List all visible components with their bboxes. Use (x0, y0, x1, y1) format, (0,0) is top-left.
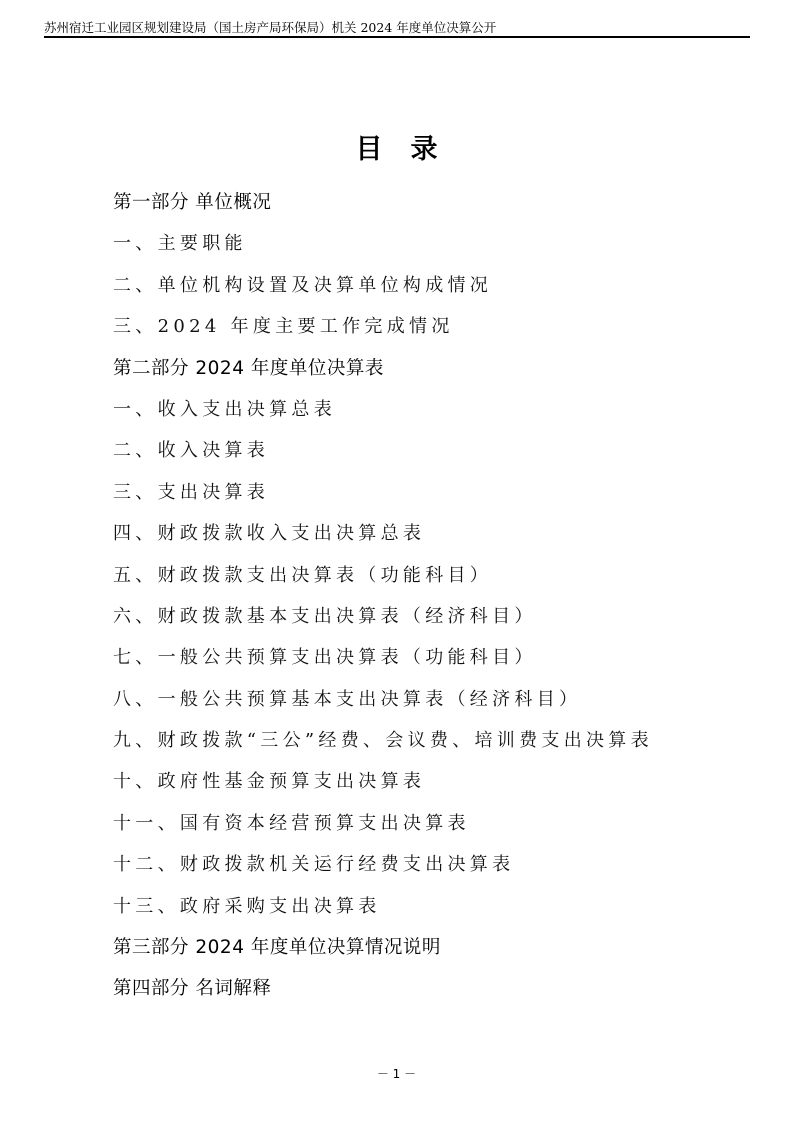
toc-item[interactable]: 五、财政拨款支出决算表（功能科目） (113, 561, 653, 602)
toc-item[interactable]: 一、主要职能 (113, 229, 653, 270)
toc-item[interactable]: 十一、国有资本经营预算支出决算表 (113, 809, 653, 850)
header-rule (44, 36, 750, 38)
table-of-contents: 第一部分 单位概况 一、主要职能 二、单位机构设置及决算单位构成情况 三、202… (113, 188, 653, 1016)
toc-part[interactable]: 第一部分 单位概况 (113, 188, 653, 229)
toc-item[interactable]: 一、收入支出决算总表 (113, 395, 653, 436)
page-header: 苏州宿迁工业园区规划建设局（国土房产局环保局）机关 2024 年度单位决算公开 (44, 14, 750, 38)
toc-item[interactable]: 二、单位机构设置及决算单位构成情况 (113, 271, 653, 312)
toc-part[interactable]: 第三部分 2024 年度单位决算情况说明 (113, 933, 653, 974)
toc-item[interactable]: 十二、财政拨款机关运行经费支出决算表 (113, 850, 653, 891)
toc-item[interactable]: 六、财政拨款基本支出决算表（经济科目） (113, 602, 653, 643)
toc-item[interactable]: 九、财政拨款“三公”经费、会议费、培训费支出决算表 (113, 726, 653, 767)
toc-item[interactable]: 二、收入决算表 (113, 436, 653, 477)
page-title: 目录 (0, 127, 793, 166)
toc-part[interactable]: 第二部分 2024 年度单位决算表 (113, 354, 653, 395)
toc-item[interactable]: 三、支出决算表 (113, 478, 653, 519)
toc-item[interactable]: 三、2024 年度主要工作完成情况 (113, 312, 653, 353)
toc-item[interactable]: 八、一般公共预算基本支出决算表（经济科目） (113, 685, 653, 726)
toc-part[interactable]: 第四部分 名词解释 (113, 974, 653, 1015)
header-text: 苏州宿迁工业园区规划建设局（国土房产局环保局）机关 2024 年度单位决算公开 (44, 18, 496, 36)
toc-item[interactable]: 十三、政府采购支出决算表 (113, 892, 653, 933)
toc-item[interactable]: 四、财政拨款收入支出决算总表 (113, 519, 653, 560)
toc-item[interactable]: 七、一般公共预算支出决算表（功能科目） (113, 643, 653, 684)
toc-item[interactable]: 十、政府性基金预算支出决算表 (113, 767, 653, 808)
page-number: － 1 － (0, 1065, 793, 1082)
